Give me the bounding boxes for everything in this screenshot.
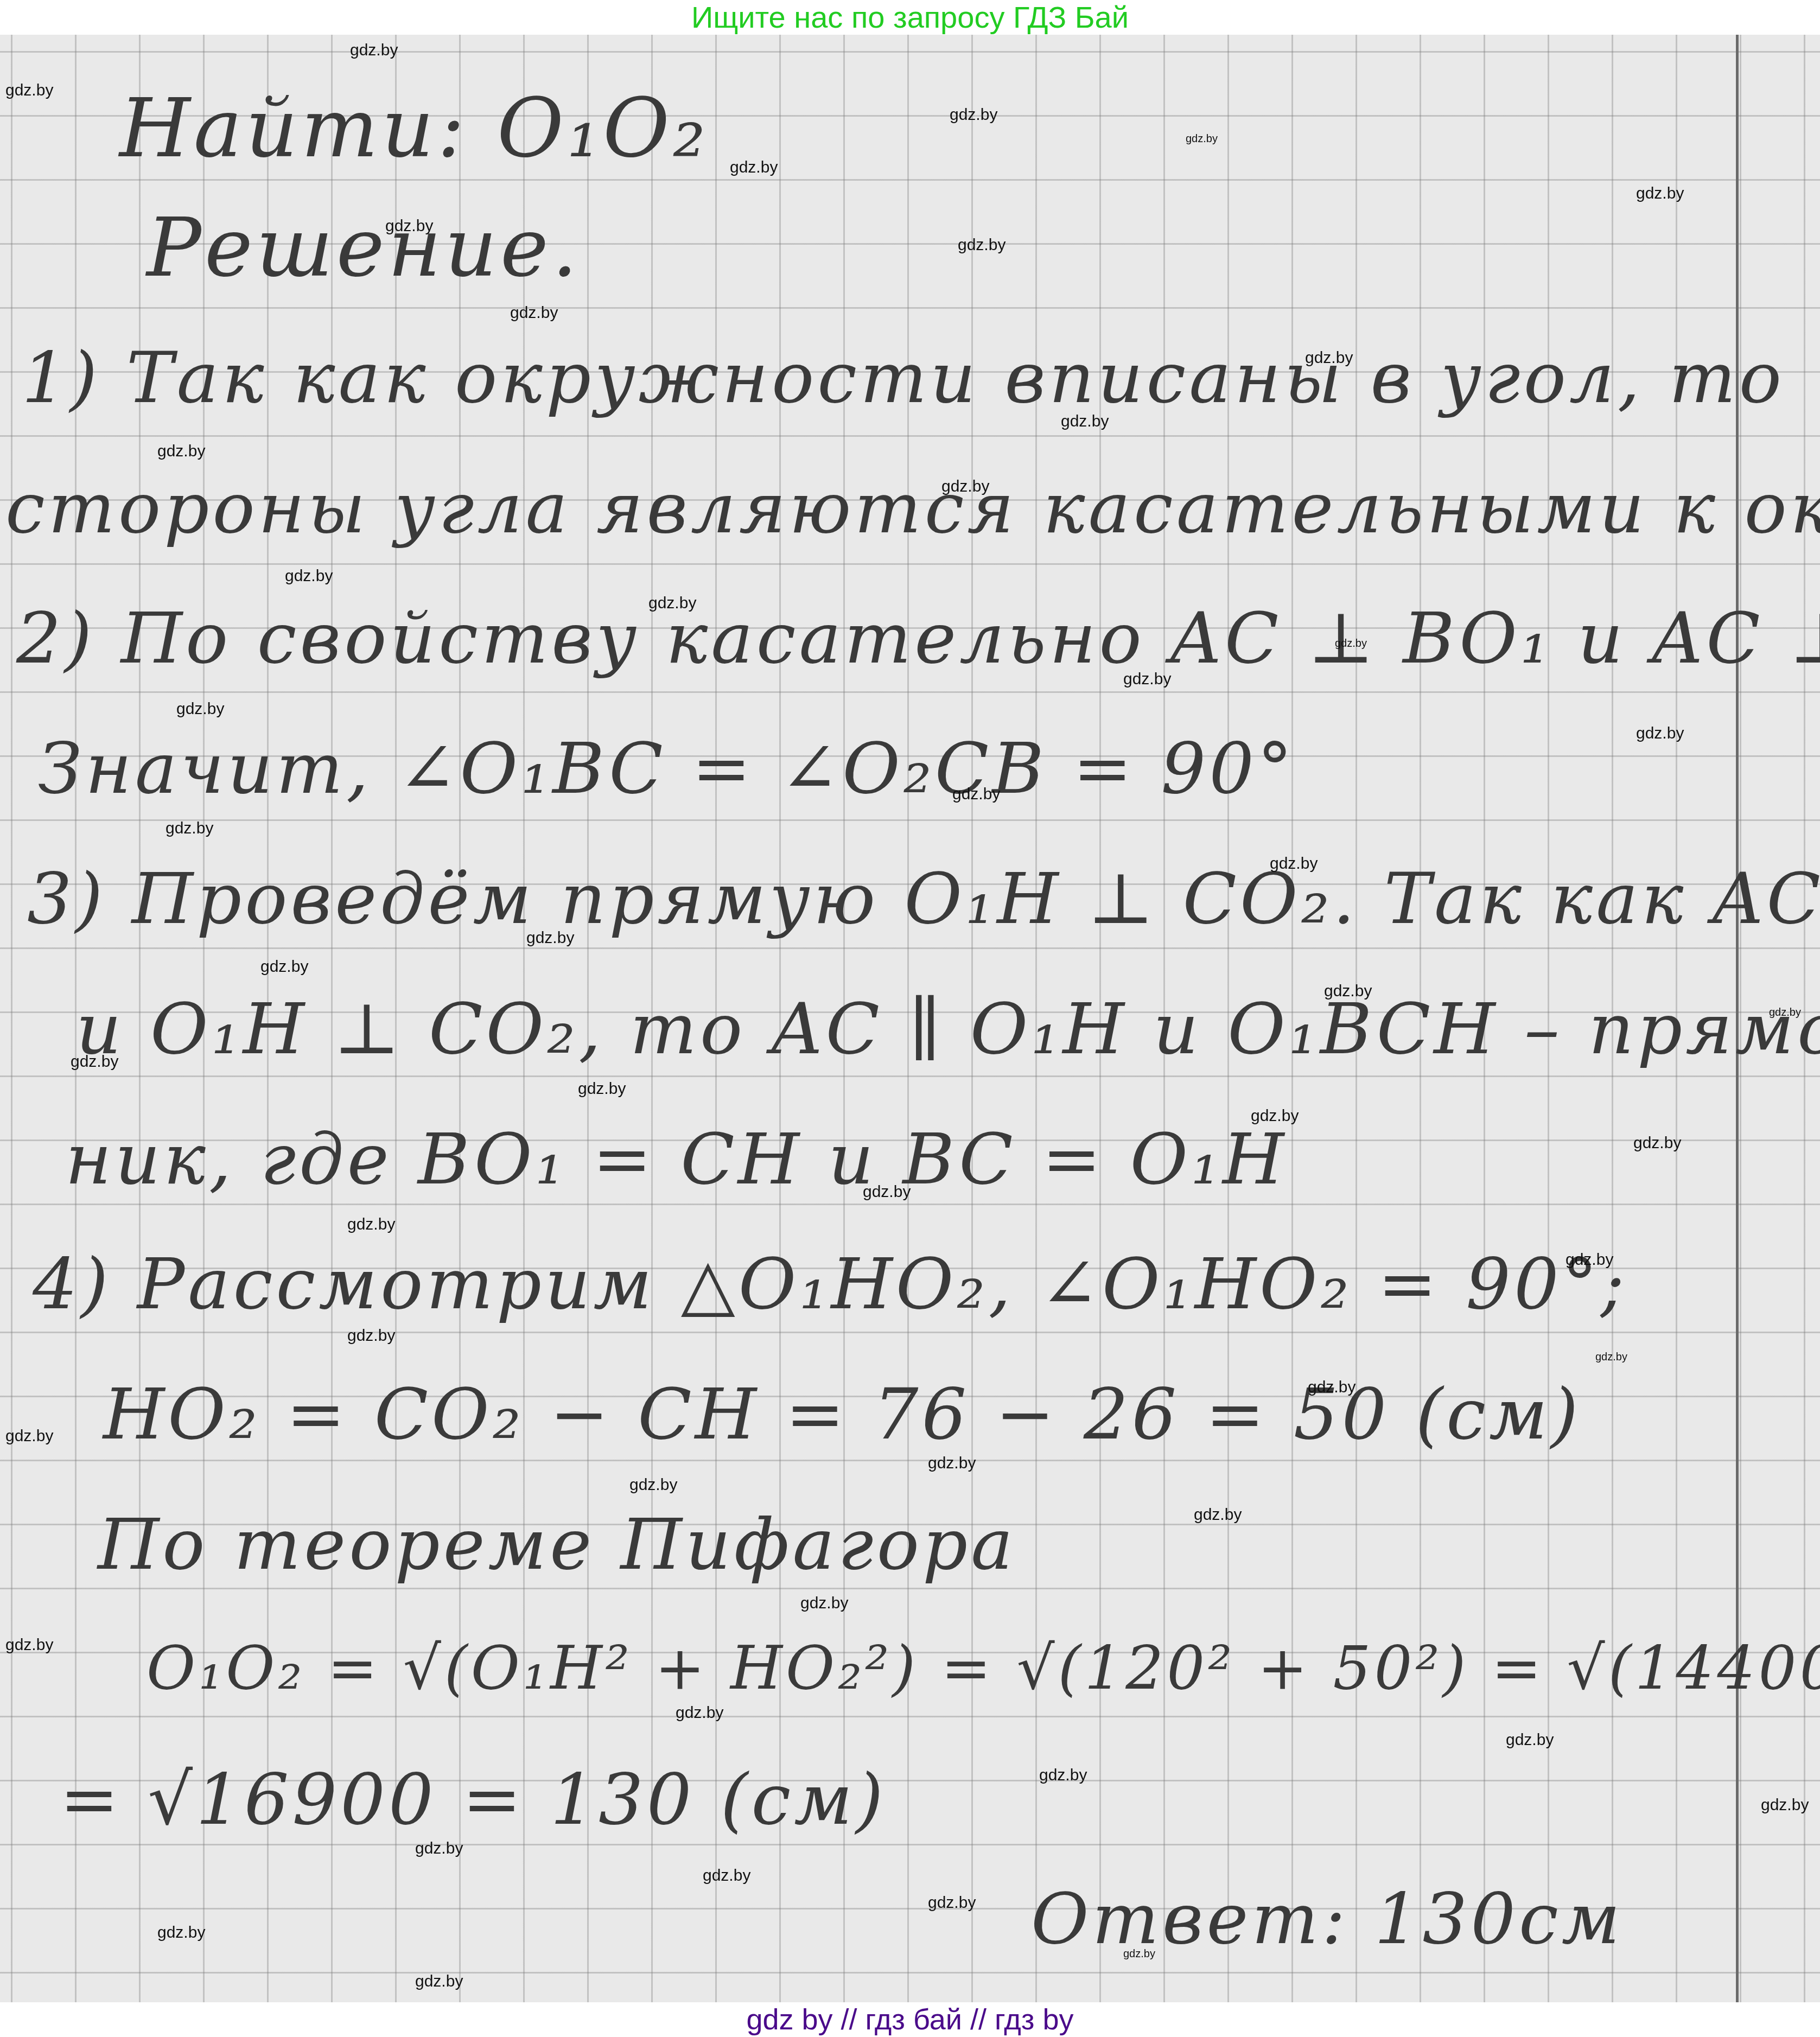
watermark: gdz.by	[1186, 133, 1218, 145]
watermark: gdz.by	[1633, 1134, 1681, 1153]
watermark: gdz.by	[260, 958, 308, 976]
watermark: gdz.by	[730, 158, 778, 177]
watermark: gdz.by	[863, 1183, 911, 1201]
watermark: gdz.by	[703, 1867, 750, 1885]
watermark: gdz.by	[415, 1972, 463, 1991]
watermark: gdz.by	[176, 700, 224, 718]
find-label: Найти: O₁O₂	[119, 81, 709, 176]
watermark: gdz.by	[285, 567, 333, 585]
answer: Ответ: 130см	[1031, 1877, 1624, 1960]
watermark: gdz.by	[157, 442, 205, 461]
solution-line-10: По теореме Пифагора	[98, 1503, 1016, 1586]
watermark: gdz.by	[1123, 670, 1171, 689]
watermark: gdz.by	[1194, 1506, 1242, 1524]
watermark: gdz.by	[1769, 1007, 1801, 1019]
watermark: gdz.by	[1335, 638, 1367, 650]
watermark: gdz.by	[1595, 1351, 1627, 1364]
watermark: gdz.by	[1761, 1796, 1809, 1815]
solution-line-2: стороны угла являются касательными к окр…	[5, 467, 1820, 549]
watermark: gdz.by	[1324, 982, 1372, 1001]
watermark: gdz.by	[347, 1215, 395, 1234]
watermark: gdz.by	[952, 785, 1000, 804]
top-banner: Ищите нас по запросу ГДЗ Бай	[0, 0, 1820, 35]
watermark: gdz.by	[526, 929, 574, 947]
watermark: gdz.by	[676, 1704, 723, 1722]
watermark: gdz.by	[800, 1594, 848, 1613]
solution-line-8: 4) Рассмотрим △O₁HO₂, ∠O₁HO₂ = 90°;	[33, 1243, 1628, 1325]
watermark: gdz.by	[1308, 1378, 1356, 1397]
watermark: gdz.by	[157, 1924, 205, 1942]
watermark: gdz.by	[648, 594, 696, 613]
watermark: gdz.by	[166, 819, 213, 838]
watermark: gdz.by	[1506, 1731, 1554, 1749]
watermark: gdz.by	[928, 1894, 976, 1912]
watermark: gdz.by	[415, 1839, 463, 1858]
watermark: gdz.by	[5, 1636, 53, 1654]
footer-text: gdz by // гдз бай // гдз by	[746, 2003, 1073, 2036]
watermark: gdz.by	[950, 106, 997, 124]
solution-line-5: 3) Проведём прямую O₁H ⊥ CO₂. Так как AC…	[27, 857, 1820, 940]
solution-line-4: Значит, ∠O₁BC = ∠O₂CB = 90°	[38, 727, 1296, 810]
solution-line-3: 2) По свойству касательно AC ⊥ BO₁ и AC …	[16, 597, 1820, 679]
watermark: gdz.by	[1039, 1766, 1087, 1785]
watermark: gdz.by	[385, 217, 433, 235]
watermark: gdz.by	[1061, 412, 1109, 431]
watermark: gdz.by	[71, 1053, 118, 1071]
watermark: gdz.by	[510, 304, 558, 322]
watermark: gdz.by	[941, 478, 989, 496]
watermark: gdz.by	[347, 1327, 395, 1345]
banner-text: Ищите нас по запросу ГДЗ Бай	[691, 0, 1129, 34]
watermark: gdz.by	[928, 1454, 976, 1473]
watermark: gdz.by	[1636, 724, 1684, 743]
watermark: gdz.by	[629, 1476, 677, 1494]
watermark: gdz.by	[578, 1080, 626, 1098]
watermark: gdz.by	[1566, 1251, 1613, 1269]
solution-line-11: O₁O₂ = √(O₁H² + HO₂²) = √(120² + 50²) = …	[147, 1633, 1820, 1703]
watermark: gdz.by	[5, 81, 53, 100]
watermark: gdz.by	[1305, 349, 1353, 367]
watermark: gdz.by	[1251, 1107, 1299, 1125]
solution-line-6: и O₁H ⊥ CO₂, то AC ∥ O₁H и O₁BCH – прямо…	[76, 988, 1820, 1070]
solution-line-1: 1) Так как окружности вписаны в угол, то	[22, 336, 1785, 419]
bottom-footer: gdz by // гдз бай // гдз by	[0, 2002, 1820, 2037]
watermark: gdz.by	[5, 1427, 53, 1446]
watermark: gdz.by	[1636, 184, 1684, 203]
solution-line-12: = √16900 = 130 (см)	[60, 1758, 887, 1841]
solution-line-9: HO₂ = CO₂ − CH = 76 − 26 = 50 (см)	[103, 1373, 1582, 1455]
watermark: gdz.by	[350, 41, 398, 60]
watermark: gdz.by	[958, 236, 1006, 254]
solution-line-7: ник, где BO₁ = CH и BC = O₁H	[65, 1118, 1287, 1200]
watermark: gdz.by	[1270, 855, 1318, 873]
solution-heading: Решение.	[147, 201, 581, 295]
watermark: gdz.by	[1123, 1948, 1155, 1960]
